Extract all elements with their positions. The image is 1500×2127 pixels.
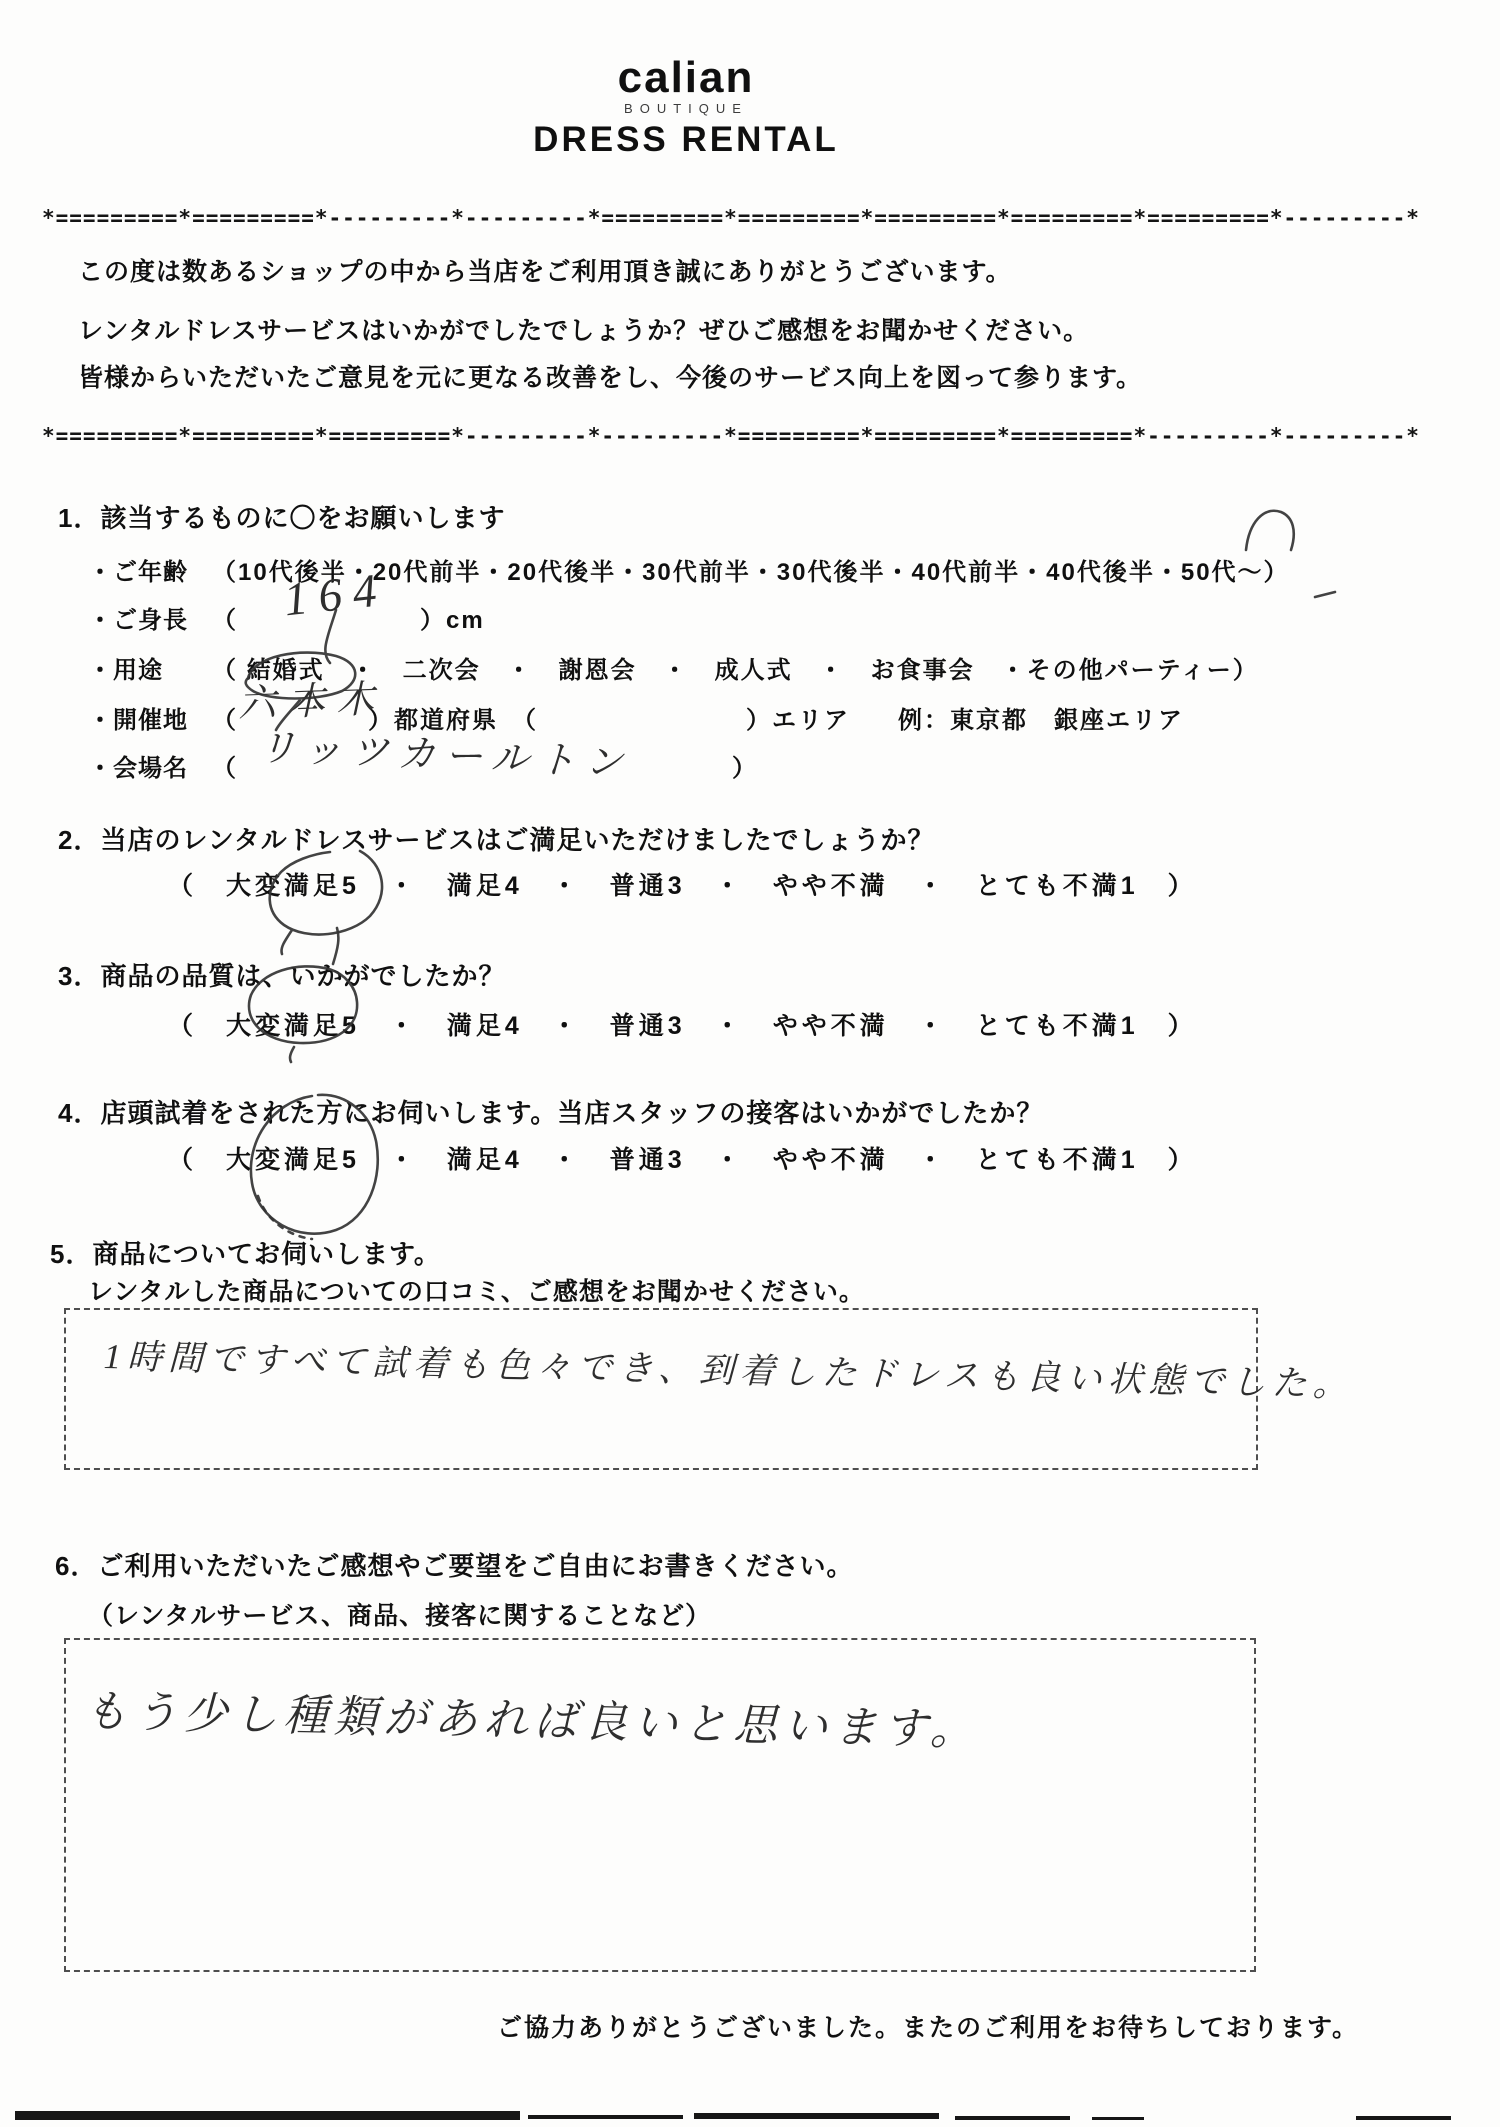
scan-artifact-line xyxy=(1092,2117,1144,2120)
survey-scan-page: calian BOUTIQUE DRESS RENTAL *=========*… xyxy=(0,0,1500,2127)
handwritten-height-value: 164 xyxy=(282,565,390,627)
divider-mid: *=========*=========*=========*---------… xyxy=(42,424,1462,448)
q1-purpose-label: ・用途 xyxy=(88,650,212,685)
intro-line-3: 皆様からいただいたご意見を元に更なる改善をし、今後のサービス向上を図って参ります… xyxy=(78,358,1142,394)
scan-artifact-line xyxy=(528,2115,683,2119)
scan-artifact-line xyxy=(955,2116,1070,2120)
brand-logo: calian xyxy=(0,56,1372,100)
q1-height-label: ・ご身長 xyxy=(88,600,212,635)
intro-line-1: この度は数あるショップの中から当店をご利用頂き誠にありがとうございます。 xyxy=(78,252,1012,288)
q2-title: 2．当店のレンタルドレスサービスはご満足いただけましたでしょうか？ xyxy=(58,820,934,857)
handwritten-location-value: 六本木 xyxy=(237,679,385,726)
footer-thanks: ご協力ありがとうございました。またのご利用をお待ちしております。 xyxy=(497,2008,1359,2044)
q1-title: 1．該当するものに〇をお願いします xyxy=(58,498,505,535)
page-title: DRESS RENTAL xyxy=(0,122,1372,157)
pen-circle-q4-dashed-tail xyxy=(258,1196,312,1239)
q4-title: 4．店頭試着をされた方にお伺いします。当店スタッフの接客はいかがでしたか？ xyxy=(58,1093,1043,1130)
q1-venue-label: ・会場名 xyxy=(88,748,212,783)
q1-age-row: ・ご年齢（10代後半・20代前半・20代後半・30代前半・30代後半・40代前半… xyxy=(88,552,1290,587)
scan-artifact-line xyxy=(694,2113,939,2119)
q3-options: （ 大変満足5 ・ 満足4 ・ 普通3 ・ やや不満 ・ とても不満1 ） xyxy=(168,1006,1197,1042)
q1-purpose-row: ・用途（ 結婚式 ・ 二次会 ・ 謝恩会 ・ 成人式 ・ お食事会 ・その他パー… xyxy=(88,650,1259,685)
scan-artifact-line xyxy=(1356,2116,1451,2120)
q5-title: 5．商品についてお伺いします。 xyxy=(50,1234,441,1271)
scan-artifact-line xyxy=(15,2111,520,2120)
intro-line-2: レンタルドレスサービスはいかがでしたでしょうか？ぜひご感想をお聞かせください。 xyxy=(78,311,1089,347)
q6-comment-box xyxy=(64,1638,1256,1972)
brand-sub-label: BOUTIQUE xyxy=(0,102,1372,115)
q1-location-label: ・開催地 xyxy=(88,700,212,735)
q1-age-label: ・ご年齢 xyxy=(88,552,212,587)
divider-top: *=========*=========*---------*---------… xyxy=(42,206,1462,230)
header: calian BOUTIQUE DRESS RENTAL xyxy=(0,56,1372,157)
q2-options: （ 大変満足5 ・ 満足4 ・ 普通3 ・ やや不満 ・ とても不満1 ） xyxy=(168,866,1197,902)
q1-location-example: 例：東京都 銀座エリア xyxy=(898,707,1184,734)
q4-options: （ 大変満足5 ・ 満足4 ・ 普通3 ・ やや不満 ・ とても不満1 ） xyxy=(168,1140,1197,1176)
q3-title: 3．商品の品質は、いかがでしたか？ xyxy=(58,956,505,993)
q6-subtitle: （レンタルサービス、商品、接客に関することなど） xyxy=(88,1596,711,1632)
q6-title: 6．ご利用いただいたご感想やご要望をご自由にお書きください。 xyxy=(55,1546,853,1583)
q5-subtitle: レンタルした商品についての口コミ、ご感想をお聞かせください。 xyxy=(88,1272,865,1308)
